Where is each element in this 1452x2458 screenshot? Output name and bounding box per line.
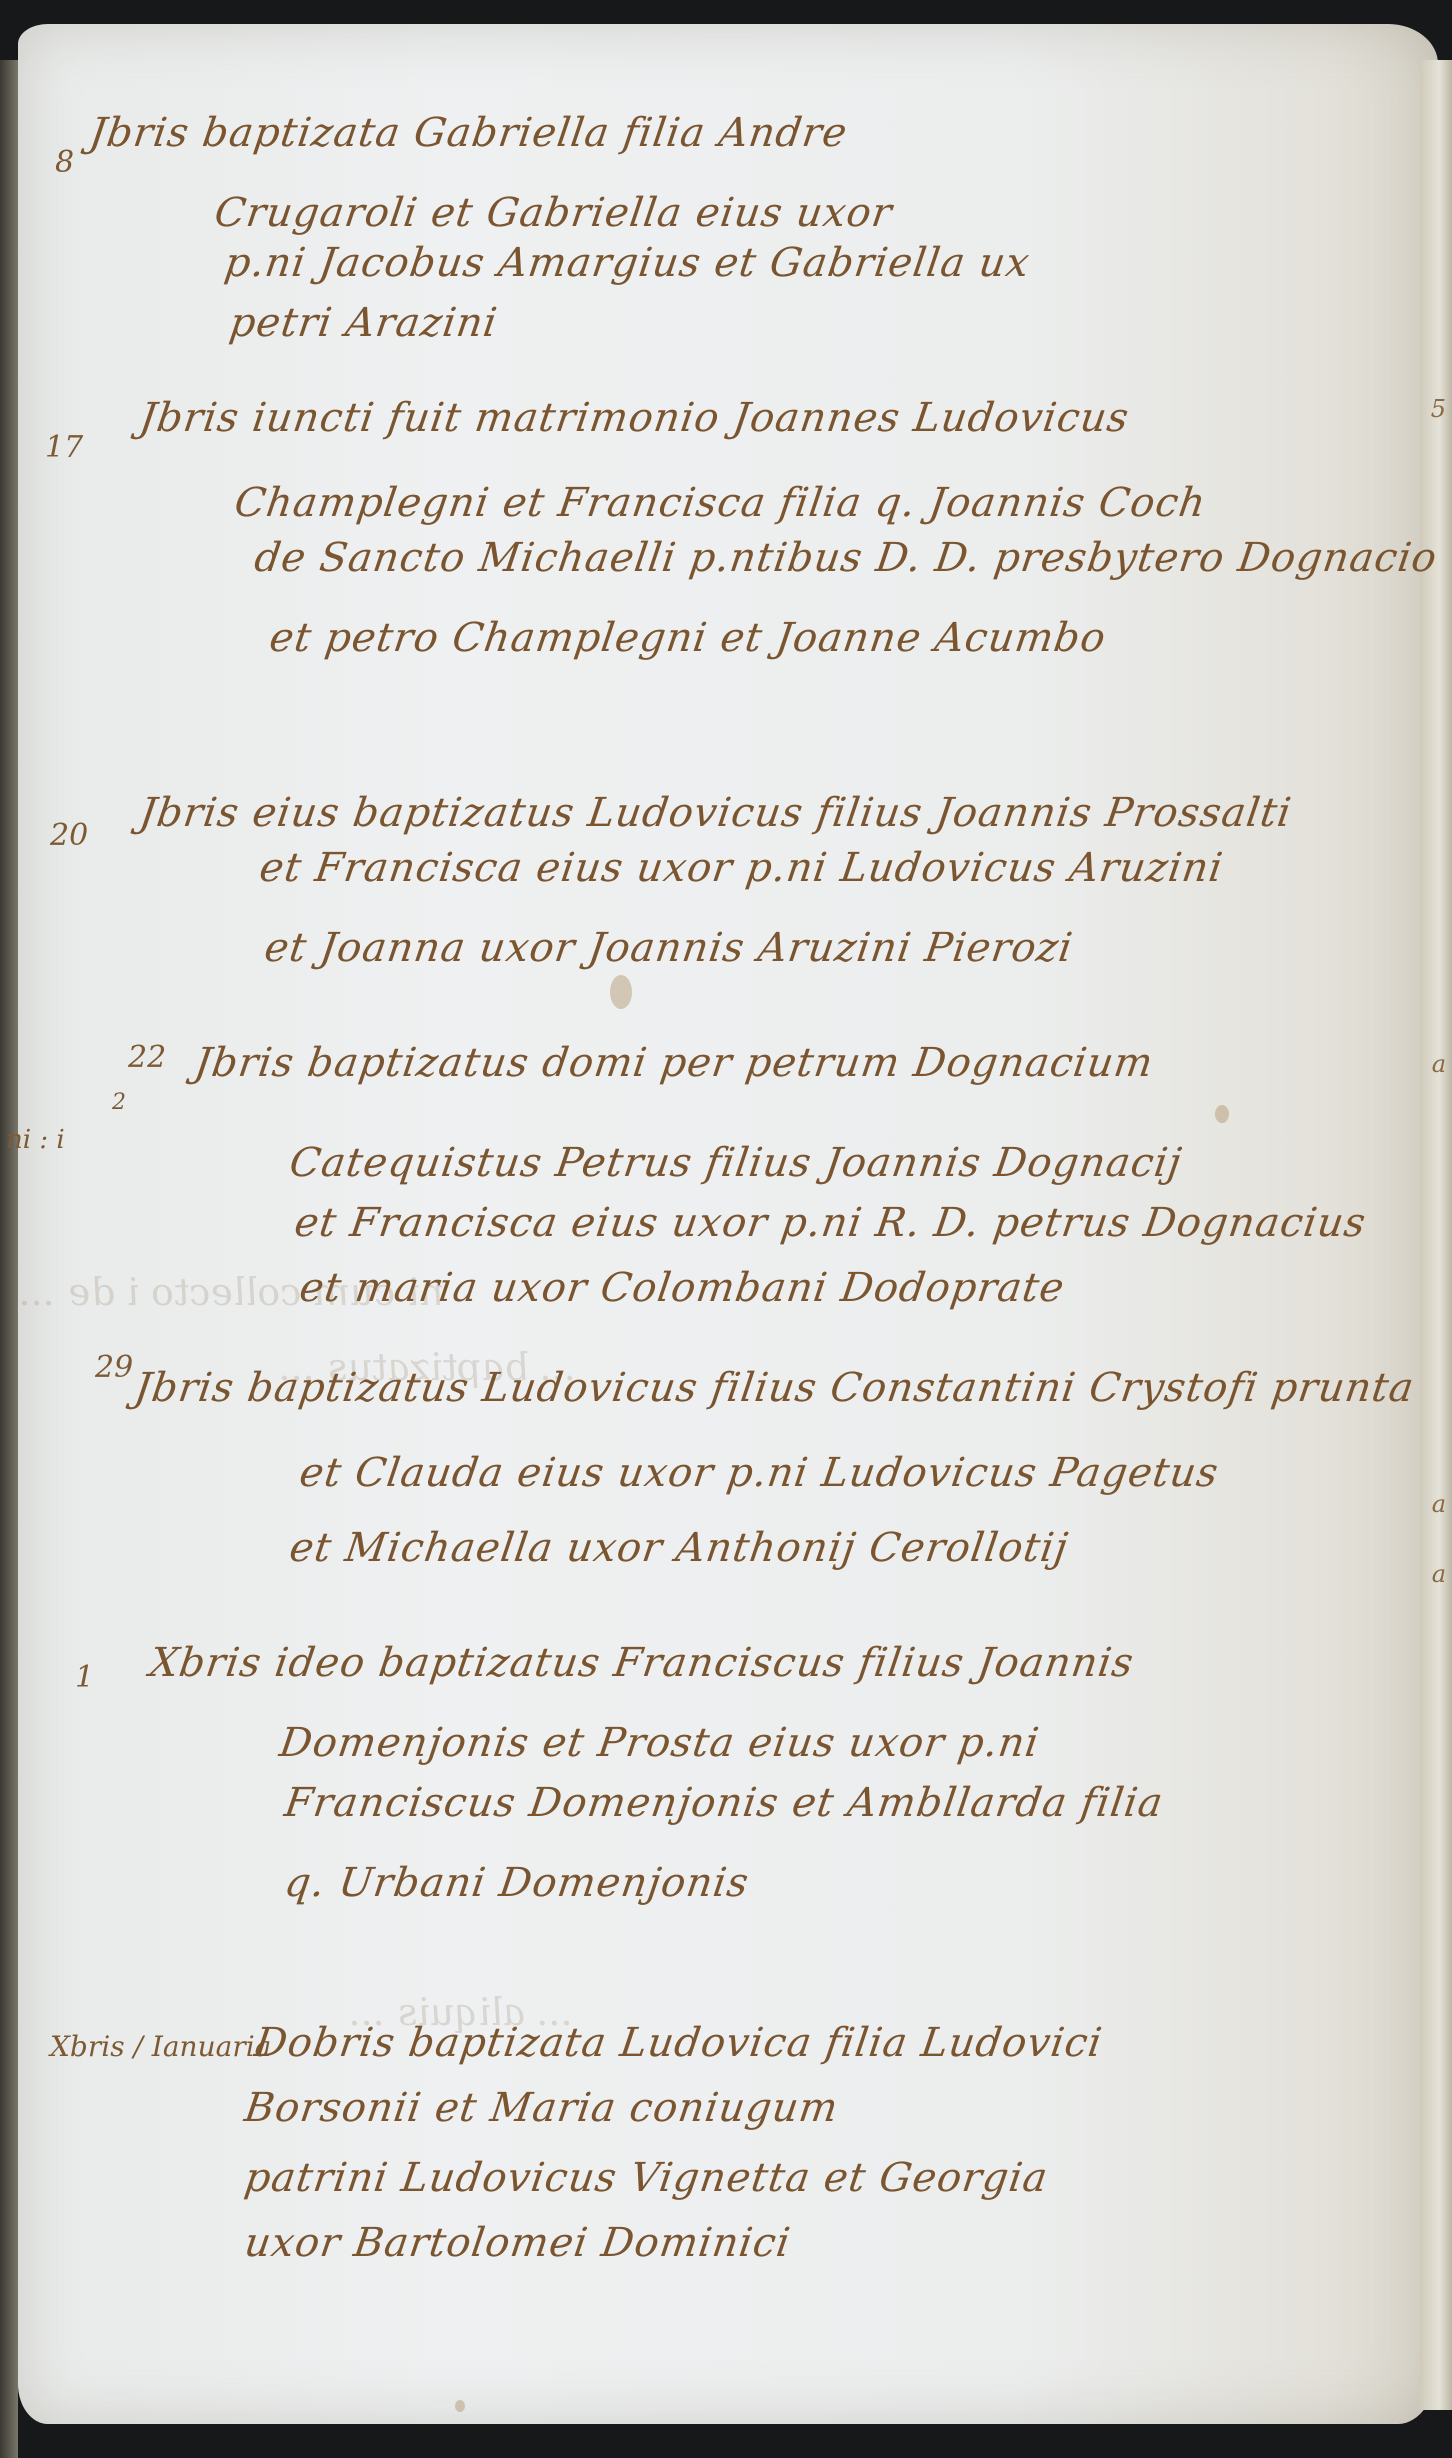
- entry-line: Jbris baptizatus Ludovicus filius Consta…: [132, 1365, 1417, 1411]
- entry-line: Dobris baptizata Ludovica filia Ludovici: [252, 2020, 1106, 2066]
- entry-line: Borsonii et Maria coniugum: [242, 2085, 842, 2131]
- entry-line: Champlegni et Francisca filia q. Joannis…: [232, 480, 1209, 526]
- entry-line: patrini Ludovicus Vignetta et Georgia: [242, 2155, 1051, 2201]
- entry-date-margin-extra: 2: [112, 1090, 126, 1115]
- entry-line: Xbris ideo baptizatus Franciscus filius …: [147, 1640, 1137, 1686]
- entry-line: Jbris baptizatus domi per petrum Dognaci…: [192, 1040, 1157, 1086]
- entry-line: Domenjonis et Prosta eius uxor p.ni: [277, 1720, 1043, 1766]
- entry-line: uxor Bartolomei Dominici: [242, 2220, 794, 2266]
- entry-line: petri Arazini: [227, 300, 501, 346]
- right-margin-note: a: [1432, 1490, 1446, 1518]
- right-margin-note: a: [1432, 1560, 1446, 1588]
- entry-line: Jbris iuncti fuit matrimonio Joannes Lud…: [137, 395, 1132, 441]
- ink-stain: [1215, 1105, 1229, 1123]
- entry-date-margin: 29: [95, 1350, 133, 1385]
- right-margin-note: 5: [1431, 395, 1446, 423]
- entry-line: q. Urbani Domenjonis: [282, 1860, 752, 1906]
- ink-stain: [610, 975, 632, 1009]
- entry-line: et Francisca eius uxor p.ni R. D. petrus…: [292, 1200, 1369, 1246]
- left-margin-note: ni : i: [6, 1125, 65, 1155]
- entry-line: de Sancto Michaelli p.ntibus D. D. presb…: [252, 535, 1440, 581]
- entry-line: Jbris baptizata Gabriella filia Andre: [87, 110, 851, 156]
- entry-line: Catequistus Petrus filius Joannis Dognac…: [287, 1140, 1185, 1186]
- right-margin-note: a: [1432, 1050, 1446, 1078]
- entry-line: p.ni Jacobus Amargius et Gabriella ux: [222, 240, 1033, 286]
- entry-date-margin: 17: [45, 430, 83, 465]
- entry-line: et Michaella uxor Anthonij Cerollotij: [287, 1525, 1071, 1571]
- entry-date-margin: 20: [50, 818, 88, 853]
- entry-line: Crugaroli et Gabriella eius uxor: [212, 190, 896, 236]
- entry-line: et Joanna uxor Joannis Aruzini Pierozi: [262, 925, 1076, 971]
- entry-line: Franciscus Domenjonis et Ambllarda filia: [282, 1780, 1167, 1826]
- ink-stain: [455, 2400, 465, 2412]
- entry-date-margin: Xbris / Ianuaria: [50, 2030, 271, 2063]
- entry-line: et Francisca eius uxor p.ni Ludovicus Ar…: [257, 845, 1226, 891]
- book-gutter: [0, 60, 18, 2458]
- entry-line: et maria uxor Colombani Dodoprate: [297, 1265, 1068, 1311]
- entry-date-margin: 22: [128, 1040, 166, 1075]
- entry-line: et petro Champlegni et Joanne Acumbo: [267, 615, 1109, 661]
- entry-date-margin: 1: [75, 1660, 94, 1695]
- entry-line: et Clauda eius uxor p.ni Ludovicus Paget…: [297, 1450, 1222, 1496]
- entry-line: Jbris eius baptizatus Ludovicus filius J…: [137, 790, 1295, 836]
- entry-date-margin: 8: [55, 145, 74, 180]
